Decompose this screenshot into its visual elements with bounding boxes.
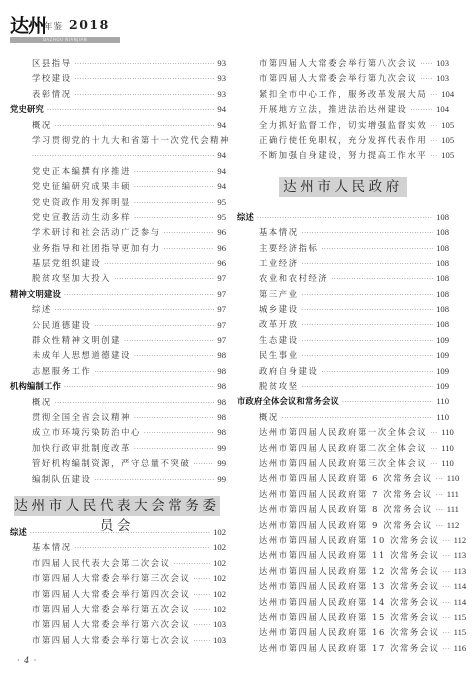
toc-entry-page: 95 (217, 195, 226, 210)
toc-entry[interactable]: 学习贯彻党的十九大和省第十一次党代会精神 (10, 133, 226, 148)
toc-entry-title: 市第四届人大常委会举行第三次会议 (32, 571, 190, 586)
dot-leader (436, 519, 444, 534)
toc-entry-page: 102 (213, 602, 226, 617)
dot-leader (430, 119, 438, 134)
dot-leader (134, 211, 214, 226)
dot-leader (443, 596, 451, 611)
dot-leader (443, 534, 451, 549)
toc-entry-title: 工业经济 (259, 256, 299, 271)
toc-entry-title: 市第四届人大常委会举行第八次会议 (259, 56, 417, 71)
toc-entry-page: 94 (217, 179, 226, 194)
toc-entry-page: 108 (436, 256, 449, 271)
toc-entry-title: 成立市环境污染防治中心 (32, 425, 141, 440)
toc-entry-title: 主要经济指标 (259, 241, 318, 256)
toc-entry-page: 94 (217, 164, 226, 179)
toc-section-entry[interactable]: 精神文明建设97 (10, 287, 226, 302)
toc-entry[interactable]: 概况110 (237, 410, 449, 425)
dot-leader (430, 88, 438, 103)
toc-entry-page: 96 (217, 241, 226, 256)
toc-entry[interactable]: 群众性精神文明创建97 (10, 333, 226, 348)
toc-entry-title: 民生事业 (259, 348, 299, 363)
toc-entry-title: 基本情况 (259, 225, 299, 240)
toc-entry-title: 未成年人思想道德建设 (32, 348, 131, 363)
toc-entry-page: 113 (454, 564, 467, 579)
dot-leader (420, 72, 433, 87)
toc-entry-title: 综述 (10, 525, 27, 540)
toc-entry[interactable]: 达州市第四届人民政府第 14 次常务会议114 (237, 595, 449, 610)
toc-entry-page: 102 (213, 571, 226, 586)
dot-leader (134, 349, 214, 364)
toc-entry[interactable]: 达州市第四届人民政府第 6 次常务会议110 (237, 471, 449, 486)
toc-entry-title: 第三产业 (259, 287, 299, 302)
toc-entry[interactable]: 城乡建设108 (237, 302, 449, 317)
toc-list-right-a: 市第四届人大常委会举行第八次会议103市第四届人大常委会举行第九次会议103紧扣… (237, 56, 449, 164)
toc-entry-page: 112 (454, 533, 467, 548)
toc-entry-page: 98 (217, 348, 226, 363)
toc-entry-page: 110 (441, 441, 454, 456)
dot-leader (124, 334, 214, 349)
header-bar: DAZHOU NIANJIAN (10, 37, 120, 43)
toc-entry-title: 市第四届人大常委会举行第九次会议 (259, 71, 417, 86)
toc-entry-page: 97 (217, 302, 226, 317)
yearbook-year: 2018 (69, 17, 110, 32)
toc-entry[interactable]: 全力抓好监督工作，切实增强监督实效105 (237, 118, 449, 133)
toc-entry-title: 党史正本编撰有序推进 (32, 164, 131, 179)
dot-leader (443, 549, 451, 564)
dot-leader (443, 565, 451, 580)
toc-entry-page: 110 (441, 456, 454, 471)
toc-entry-page: 105 (441, 133, 454, 148)
toc-entry-title: 全力抓好监督工作，切实增强监督实效 (259, 118, 427, 133)
toc-entry-page: 98 (217, 410, 226, 425)
toc-entry-title: 综述 (237, 210, 254, 225)
toc-entry[interactable]: 基层党组织建设96 (10, 256, 226, 271)
toc-entry-title: 概况 (32, 118, 52, 133)
toc-entry-page: 108 (436, 225, 449, 240)
toc-entry-page: 93 (217, 87, 226, 102)
toc-entry[interactable]: 达州市第四届人民政府第 16 次常务会议115 (237, 625, 449, 640)
toc-entry-page: 98 (217, 379, 226, 394)
toc-entry-title: 开展地方立法，推进法治达州建设 (259, 102, 407, 117)
dot-leader (47, 103, 214, 118)
toc-entry-title: 市四届人民代表大会第二次会议 (32, 556, 171, 571)
dot-leader (430, 442, 438, 457)
toc-entry[interactable]: 达州市第四届人民政府第一次全体会议110 (237, 425, 449, 440)
dot-leader (104, 257, 214, 272)
toc-entry[interactable]: 学校建设93 (10, 71, 226, 86)
toc-entry-title: 正确行使任免职权，充分发挥代表作用 (259, 133, 427, 148)
dot-leader (64, 288, 214, 303)
toc-entry-title: 达州市第四届人民政府第 6 次常务会议 (259, 471, 433, 486)
toc-entry-title: 达州市第四届人民政府第 10 次常务会议 (259, 533, 440, 548)
toc-entry[interactable]: 表彰情况93 (10, 87, 226, 102)
section-heading-wrap: 达州市人民政府 (237, 164, 449, 210)
toc-entry[interactable]: 工业经济108 (237, 256, 449, 271)
toc-entry-title: 管好机构编制资源，严守总量不突破 (32, 456, 190, 471)
toc-entry[interactable]: 达州市第四届人民政府第 15 次常务会议115 (237, 610, 449, 625)
section-heading-wrap: 达州市人民代表大会常务委员会 (10, 487, 226, 525)
toc-entry-title: 公民道德建设 (32, 318, 91, 333)
toc-entry-page: 116 (454, 641, 467, 656)
toc-entry[interactable]: 市第四届人大常委会举行第八次会议103 (237, 56, 449, 71)
toc-entry-title: 达州市第四届人民政府第 12 次常务会议 (259, 564, 440, 579)
toc-entry-title: 区县指导 (32, 56, 72, 71)
dot-leader (134, 196, 214, 211)
toc-entry-title: 编制队伍建设 (32, 472, 91, 487)
toc-section-entry[interactable]: 市政府全体会议和常务会议110 (237, 394, 449, 409)
yearbook-header: 达州 年鉴 2018 DAZHOU NIANJIAN (10, 11, 120, 47)
toc-list-left-b: 综述102基本情况102市四届人民代表大会第二次会议102市第四届人大常委会举行… (10, 525, 226, 648)
toc-entry-title: 脱贫攻坚 (259, 379, 299, 394)
toc-entry[interactable]: 学术研讨和社会活动广泛参与96 (10, 225, 226, 240)
dot-leader (75, 72, 215, 87)
toc-entry-title: 达州市第四届人民政府第 7 次常务会议 (259, 487, 433, 502)
toc-entry[interactable]: 市第四届人大常委会举行第四次会议102 (10, 587, 226, 602)
toc-entry-title: 紧扣全市中心工作，服务改革发展大局 (259, 87, 427, 102)
toc-entry[interactable]: 基本情况108 (237, 225, 449, 240)
toc-entry[interactable]: 第三产业108 (237, 287, 449, 302)
toc-entry-page: 115 (454, 625, 467, 640)
toc-entry-page: 102 (213, 587, 226, 602)
toc-entry[interactable]: 政府自身建设109 (237, 364, 449, 379)
page-number: · 4 · (17, 656, 37, 665)
dot-leader (164, 242, 215, 257)
toc-entry-title: 概况 (259, 410, 279, 425)
toc-entry[interactable]: 改革开放108 (237, 317, 449, 332)
dot-leader (193, 457, 214, 472)
toc-entry-title: 城乡建设 (259, 302, 299, 317)
toc-entry-page: 99 (217, 472, 226, 487)
toc-entry-page: 103 (213, 617, 226, 632)
toc-entry-page: 112 (447, 518, 460, 533)
toc-entry-page: 110 (436, 394, 449, 409)
toc-entry-page: 97 (217, 287, 226, 302)
toc-entry[interactable]: 概况98 (10, 395, 226, 410)
toc-entry-title: 达州市第四届人民政府第 17 次常务会议 (259, 641, 440, 656)
dot-leader (302, 318, 434, 333)
toc-entry[interactable]: 管好机构编制资源，严守总量不突破99 (10, 456, 226, 471)
toc-entry-page: 113 (454, 548, 467, 563)
toc-entry-page: 98 (217, 425, 226, 440)
toc-entry-title: 贯彻全国全省会议精神 (32, 410, 131, 425)
toc-entry-title: 学术研讨和社会活动广泛参与 (32, 225, 161, 240)
toc-entry-title: 达州市第四届人民政府第 8 次常务会议 (259, 502, 433, 517)
toc-entry[interactable]: 达州市第四届人民政府第 17 次常务会议116 (237, 641, 449, 656)
toc-entry-title: 脱贫攻坚加大投入 (32, 271, 111, 286)
toc-entry-title: 市第四届人大常委会举行第六次会议 (32, 617, 190, 632)
dot-leader (193, 572, 210, 587)
toc-section-entry[interactable]: 党史研究94 (10, 102, 226, 117)
toc-entry[interactable]: 达州市第四届人民政府第 8 次常务会议111 (237, 502, 449, 517)
toc-entry[interactable]: 农业和农村经济108 (237, 271, 449, 286)
toc-entry-title: 表彰情况 (32, 87, 72, 102)
toc-entry-title: 综述 (32, 302, 52, 317)
toc-entry-page: 108 (436, 287, 449, 302)
toc-entry-page: 109 (436, 348, 449, 363)
toc-entry-title: 达州市第四届人民政府第 9 次常务会议 (259, 518, 433, 533)
toc-entry[interactable]: 概况94 (10, 118, 226, 133)
toc-entry-title: 达州市第四届人民政府第 15 次常务会议 (259, 610, 440, 625)
section-heading-npc-standing-committee: 达州市人民代表大会常务委员会 (14, 496, 220, 516)
toc-entry[interactable]: 基本情况102 (10, 540, 226, 555)
toc-entry[interactable]: 94 (10, 148, 226, 163)
dot-leader (443, 626, 451, 641)
dot-leader (134, 442, 214, 457)
toc-entry-page: 109 (436, 333, 449, 348)
toc-entry[interactable]: 市第四届人大常委会举行第三次会议102 (10, 571, 226, 586)
dot-leader (443, 642, 451, 657)
toc-entry-page: 115 (454, 610, 467, 625)
toc-entry-page: 103 (436, 71, 449, 86)
toc-entry[interactable]: 公民道德建设97 (10, 318, 226, 333)
dot-leader (302, 288, 434, 303)
toc-entry[interactable]: 市第四届人大常委会举行第九次会议103 (237, 71, 449, 86)
toc-entry-title: 概况 (32, 395, 52, 410)
toc-entry[interactable]: 党史宣教活动生动多样95 (10, 210, 226, 225)
toc-entry[interactable]: 不断加强自身建设，努力提高工作水平105 (237, 148, 449, 163)
toc-entry-title: 志愿服务工作 (32, 364, 91, 379)
toc-entry[interactable]: 加快行政审批制度改革99 (10, 441, 226, 456)
toc-entry-title: 农业和农村经济 (259, 271, 328, 286)
toc-section-entry[interactable]: 综述108 (237, 210, 449, 225)
toc-entry-page: 110 (441, 425, 454, 440)
toc-entry[interactable]: 达州市第四届人民政府第 9 次常务会议112 (237, 518, 449, 533)
toc-entry[interactable]: 贯彻全国全省会议精神98 (10, 410, 226, 425)
toc-entry-title: 达州市第四届人民政府第二次全体会议 (259, 441, 427, 456)
toc-list-left-a: 区县指导93学校建设93表彰情况93党史研究94概况94学习贯彻党的十九大和省第… (10, 56, 226, 487)
toc-entry-page: 105 (441, 118, 454, 133)
dot-leader (436, 503, 444, 518)
dot-leader (94, 319, 214, 334)
toc-entry[interactable]: 编制队伍建设99 (10, 472, 226, 487)
toc-entry-page: 102 (213, 556, 226, 571)
dot-leader (75, 57, 215, 72)
toc-entry[interactable]: 脱贫攻坚109 (237, 379, 449, 394)
toc-entry-title: 市第四届人大常委会举行第五次会议 (32, 602, 190, 617)
toc-entry[interactable]: 未成年人思想道德建设98 (10, 348, 226, 363)
dot-leader (302, 380, 434, 395)
dot-leader (302, 334, 434, 349)
toc-entry[interactable]: 党史资政作用发挥明显95 (10, 195, 226, 210)
toc-entry[interactable]: 达州市第四届人民政府第二次全体会议110 (237, 441, 449, 456)
dot-leader (436, 488, 444, 503)
dot-leader (321, 365, 433, 380)
toc-entry-page: 111 (447, 502, 459, 517)
toc-left-column: 区县指导93学校建设93表彰情况93党史研究94概况94学习贯彻党的十九大和省第… (10, 56, 226, 648)
toc-entry[interactable]: 达州市第四届人民政府第 11 次常务会议113 (237, 548, 449, 563)
toc-entry[interactable]: 达州市第四届人民政府第 13 次常务会议114 (237, 579, 449, 594)
toc-entry-title: 改革开放 (259, 317, 299, 332)
dot-leader (410, 103, 433, 118)
toc-entry-page: 110 (447, 471, 460, 486)
toc-entry-title: 党史研究 (10, 102, 44, 117)
toc-entry[interactable]: 脱贫攻坚加大投入97 (10, 271, 226, 286)
toc-entry-page: 102 (213, 525, 226, 540)
toc-entry-title: 基本情况 (32, 540, 72, 555)
toc-entry-title: 群众性精神文明创建 (32, 333, 121, 348)
toc-entry-page: 108 (436, 210, 449, 225)
toc-entry-title: 达州市第四届人民政府第 13 次常务会议 (259, 579, 440, 594)
toc-entry-title: 生态建设 (259, 333, 299, 348)
toc-entry-page: 97 (217, 271, 226, 286)
toc-list-right-b: 综述108基本情况108主要经济指标108工业经济108农业和农村经济108第三… (237, 210, 449, 656)
toc-entry-page: 114 (454, 579, 467, 594)
toc-entry-page: 104 (441, 87, 454, 102)
toc-entry-page: 94 (217, 118, 226, 133)
toc-entry[interactable]: 区县指导93 (10, 56, 226, 71)
toc-entry-page: 110 (436, 410, 449, 425)
toc-entry-title: 党史资政作用发挥明显 (32, 195, 131, 210)
toc-entry[interactable]: 综述97 (10, 302, 226, 317)
dot-leader (443, 580, 451, 595)
toc-entry-page: 98 (217, 364, 226, 379)
toc-entry-page: 97 (217, 333, 226, 348)
toc-entry-page: 99 (217, 441, 226, 456)
toc-entry-title: 学习贯彻党的十九大和省第十一次党代会精神 (32, 133, 230, 148)
toc-entry[interactable]: 市第四届人大常委会举行第六次会议103 (10, 617, 226, 632)
toc-entry-title: 政府自身建设 (259, 364, 318, 379)
dot-leader (94, 473, 214, 488)
toc-entry-title: 市第四届人大常委会举行第四次会议 (32, 587, 190, 602)
dot-leader (134, 411, 214, 426)
toc-entry[interactable]: 成立市环境污染防治中心98 (10, 425, 226, 440)
toc-entry-page: 98 (217, 395, 226, 410)
toc-entry[interactable]: 业务指导和社团指导更加有力96 (10, 241, 226, 256)
dot-leader (420, 57, 433, 72)
dot-leader (257, 211, 433, 226)
toc-entry-title: 达州市第四届人民政府第 11 次常务会议 (259, 548, 440, 563)
toc-entry[interactable]: 达州市第四届人民政府第 10 次常务会议112 (237, 533, 449, 548)
dot-leader (443, 611, 451, 626)
toc-entry-page: 108 (436, 241, 449, 256)
toc-entry-page: 93 (217, 71, 226, 86)
toc-entry-page: 103 (213, 633, 226, 648)
toc-entry-title: 达州市第四届人民政府第 16 次常务会议 (259, 625, 440, 640)
section-heading-municipal-government: 达州市人民政府 (279, 177, 407, 197)
dot-leader (282, 411, 434, 426)
toc-entry-title: 党史征编研究成果丰硕 (32, 179, 131, 194)
dot-leader (30, 526, 210, 541)
dot-leader (302, 257, 434, 272)
dot-leader (193, 618, 210, 633)
dot-leader (430, 426, 438, 441)
toc-entry[interactable]: 民生事业109 (237, 348, 449, 363)
toc-entry-page: 109 (436, 364, 449, 379)
toc-entry-page: 108 (436, 302, 449, 317)
toc-section-entry[interactable]: 综述102 (10, 525, 226, 540)
toc-entry-page: 104 (436, 102, 449, 117)
toc-entry[interactable]: 达州市第四届人民政府第三次全体会议110 (237, 456, 449, 471)
toc-entry[interactable]: 市第四届人大常委会举行第七次会议103 (10, 633, 226, 648)
toc-entry-page: 102 (213, 540, 226, 555)
dot-leader (75, 88, 215, 103)
dot-leader (302, 226, 434, 241)
toc-entry[interactable]: 党史正本编撰有序推进94 (10, 164, 226, 179)
dot-leader (55, 303, 215, 318)
toc-entry-title: 基层党组织建设 (32, 256, 101, 271)
toc-entry[interactable]: 党史征编研究成果丰硕94 (10, 179, 226, 194)
toc-entry-title: 市第四届人大常委会举行第七次会议 (32, 633, 190, 648)
toc-entry-page: 94 (217, 102, 226, 117)
toc-entry[interactable]: 达州市第四届人民政府第 12 次常务会议113 (237, 564, 449, 579)
dot-leader (164, 226, 215, 241)
dot-leader (436, 472, 444, 487)
toc-entry-title: 达州市第四届人民政府第一次全体会议 (259, 425, 427, 440)
dot-leader (114, 272, 214, 287)
toc-entry-page: 96 (217, 225, 226, 240)
toc-entry[interactable]: 达州市第四届人民政府第 7 次常务会议111 (237, 487, 449, 502)
toc-entry[interactable]: 市四届人民代表大会第二次会议102 (10, 556, 226, 571)
yearbook-brand: 达州 (10, 11, 46, 38)
toc-entry-title: 达州市第四届人民政府第三次全体会议 (259, 456, 427, 471)
dot-leader (134, 180, 214, 195)
toc-entry-page: 108 (436, 317, 449, 332)
dot-leader (430, 149, 438, 164)
dot-leader (32, 149, 214, 164)
toc-entry-title: 业务指导和社团指导更加有力 (32, 241, 161, 256)
toc-entry[interactable]: 正确行使任免职权，充分发挥代表作用105 (237, 133, 449, 148)
toc-entry-title: 精神文明建设 (10, 287, 61, 302)
toc-entry[interactable]: 市第四届人大常委会举行第五次会议102 (10, 602, 226, 617)
toc-section-entry[interactable]: 机构编制工作98 (10, 379, 226, 394)
dot-leader (55, 119, 215, 134)
dot-leader (174, 557, 211, 572)
toc-entry-page: 114 (454, 595, 467, 610)
dot-leader (430, 134, 438, 149)
toc-entry-title: 达州市第四届人民政府第 14 次常务会议 (259, 595, 440, 610)
toc-right-column: 市第四届人大常委会举行第八次会议103市第四届人大常委会举行第九次会议103紧扣… (237, 56, 449, 656)
dot-leader (144, 426, 215, 441)
toc-entry[interactable]: 生态建设109 (237, 333, 449, 348)
dot-leader (193, 634, 210, 649)
dot-leader (193, 603, 210, 618)
dot-leader (321, 242, 433, 257)
dot-leader (302, 303, 434, 318)
toc-entry-title: 机构编制工作 (10, 379, 61, 394)
dot-leader (331, 272, 433, 287)
toc-entry-page: 111 (447, 487, 459, 502)
toc-entry-page: 93 (217, 56, 226, 71)
toc-entry-title: 市政府全体会议和常务会议 (237, 394, 339, 409)
dot-leader (64, 380, 214, 395)
dot-leader (193, 588, 210, 603)
dot-leader (75, 541, 211, 556)
toc-entry-title: 不断加强自身建设，努力提高工作水平 (259, 148, 427, 163)
toc-entry-title: 学校建设 (32, 71, 72, 86)
toc-entry[interactable]: 志愿服务工作98 (10, 364, 226, 379)
toc-entry[interactable]: 紧扣全市中心工作，服务改革发展大局104 (237, 87, 449, 102)
dot-leader (342, 395, 433, 410)
yearbook-brand-sub: 年鉴 (44, 20, 63, 32)
toc-entry-page: 94 (217, 148, 226, 163)
toc-entry-page: 95 (217, 210, 226, 225)
toc-entry-page: 97 (217, 318, 226, 333)
dot-leader (302, 349, 434, 364)
dot-leader (94, 365, 214, 380)
toc-entry[interactable]: 开展地方立法，推进法治达州建设104 (237, 102, 449, 117)
toc-entry-page: 109 (436, 379, 449, 394)
toc-entry-page: 103 (436, 56, 449, 71)
dot-leader (430, 457, 438, 472)
toc-entry-page: 99 (217, 456, 226, 471)
toc-entry-page: 96 (217, 256, 226, 271)
toc-entry-page: 108 (436, 271, 449, 286)
dot-leader (55, 396, 215, 411)
toc-entry-page: 105 (441, 148, 454, 163)
dot-leader (134, 165, 214, 180)
toc-entry[interactable]: 主要经济指标108 (237, 241, 449, 256)
toc-entry-title: 加快行政审批制度改革 (32, 441, 131, 456)
